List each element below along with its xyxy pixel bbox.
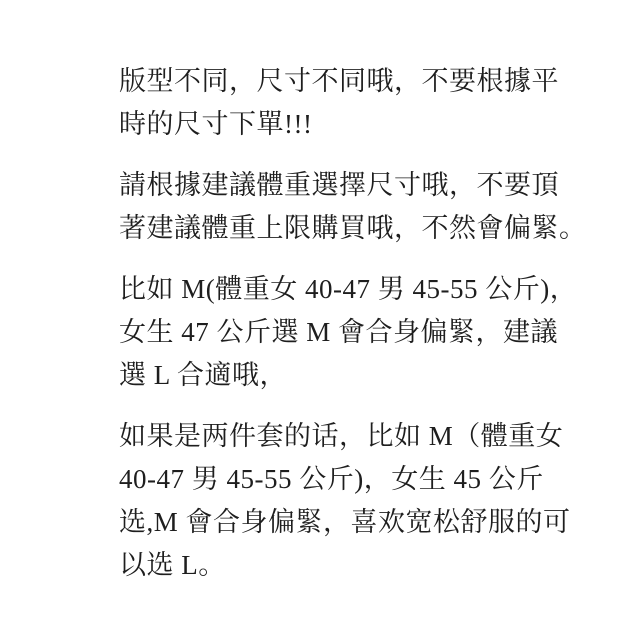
text-line: 時的尺寸下單!!!: [119, 103, 549, 146]
size-note-text-block: 版型不同，尺寸不同哦，不要根據平時的尺寸下單!!!請根據建議體重選擇尺寸哦，不要…: [119, 60, 549, 605]
text-line: 如果是两件套的话，比如 M（體重女: [119, 415, 549, 458]
paragraph: 如果是两件套的话，比如 M（體重女40-47 男 45-55 公斤)，女生 45…: [119, 415, 549, 587]
paragraph: 請根據建議體重選擇尺寸哦，不要頂著建議體重上限購買哦，不然會偏緊。: [119, 164, 549, 250]
size-note-page: 版型不同，尺寸不同哦，不要根據平時的尺寸下單!!!請根據建議體重選擇尺寸哦，不要…: [0, 0, 640, 640]
text-line: 選 L 合適哦，: [119, 354, 549, 397]
paragraph: 比如 M(體重女 40-47 男 45-55 公斤)，女生 47 公斤選 M 會…: [119, 268, 549, 397]
text-line: 女生 47 公斤選 M 會合身偏緊，建議: [119, 311, 549, 354]
text-line: 比如 M(體重女 40-47 男 45-55 公斤)，: [119, 268, 549, 311]
text-line: 請根據建議體重選擇尺寸哦，不要頂: [119, 164, 549, 207]
text-line: 以选 L。: [119, 544, 549, 587]
text-line: 著建議體重上限購買哦，不然會偏緊。: [119, 207, 549, 250]
text-line: 选,M 會合身偏緊，喜欢宽松舒服的可: [119, 501, 549, 544]
text-line: 版型不同，尺寸不同哦，不要根據平: [119, 60, 549, 103]
paragraph: 版型不同，尺寸不同哦，不要根據平時的尺寸下單!!!: [119, 60, 549, 146]
text-line: 40-47 男 45-55 公斤)，女生 45 公斤: [119, 458, 549, 501]
